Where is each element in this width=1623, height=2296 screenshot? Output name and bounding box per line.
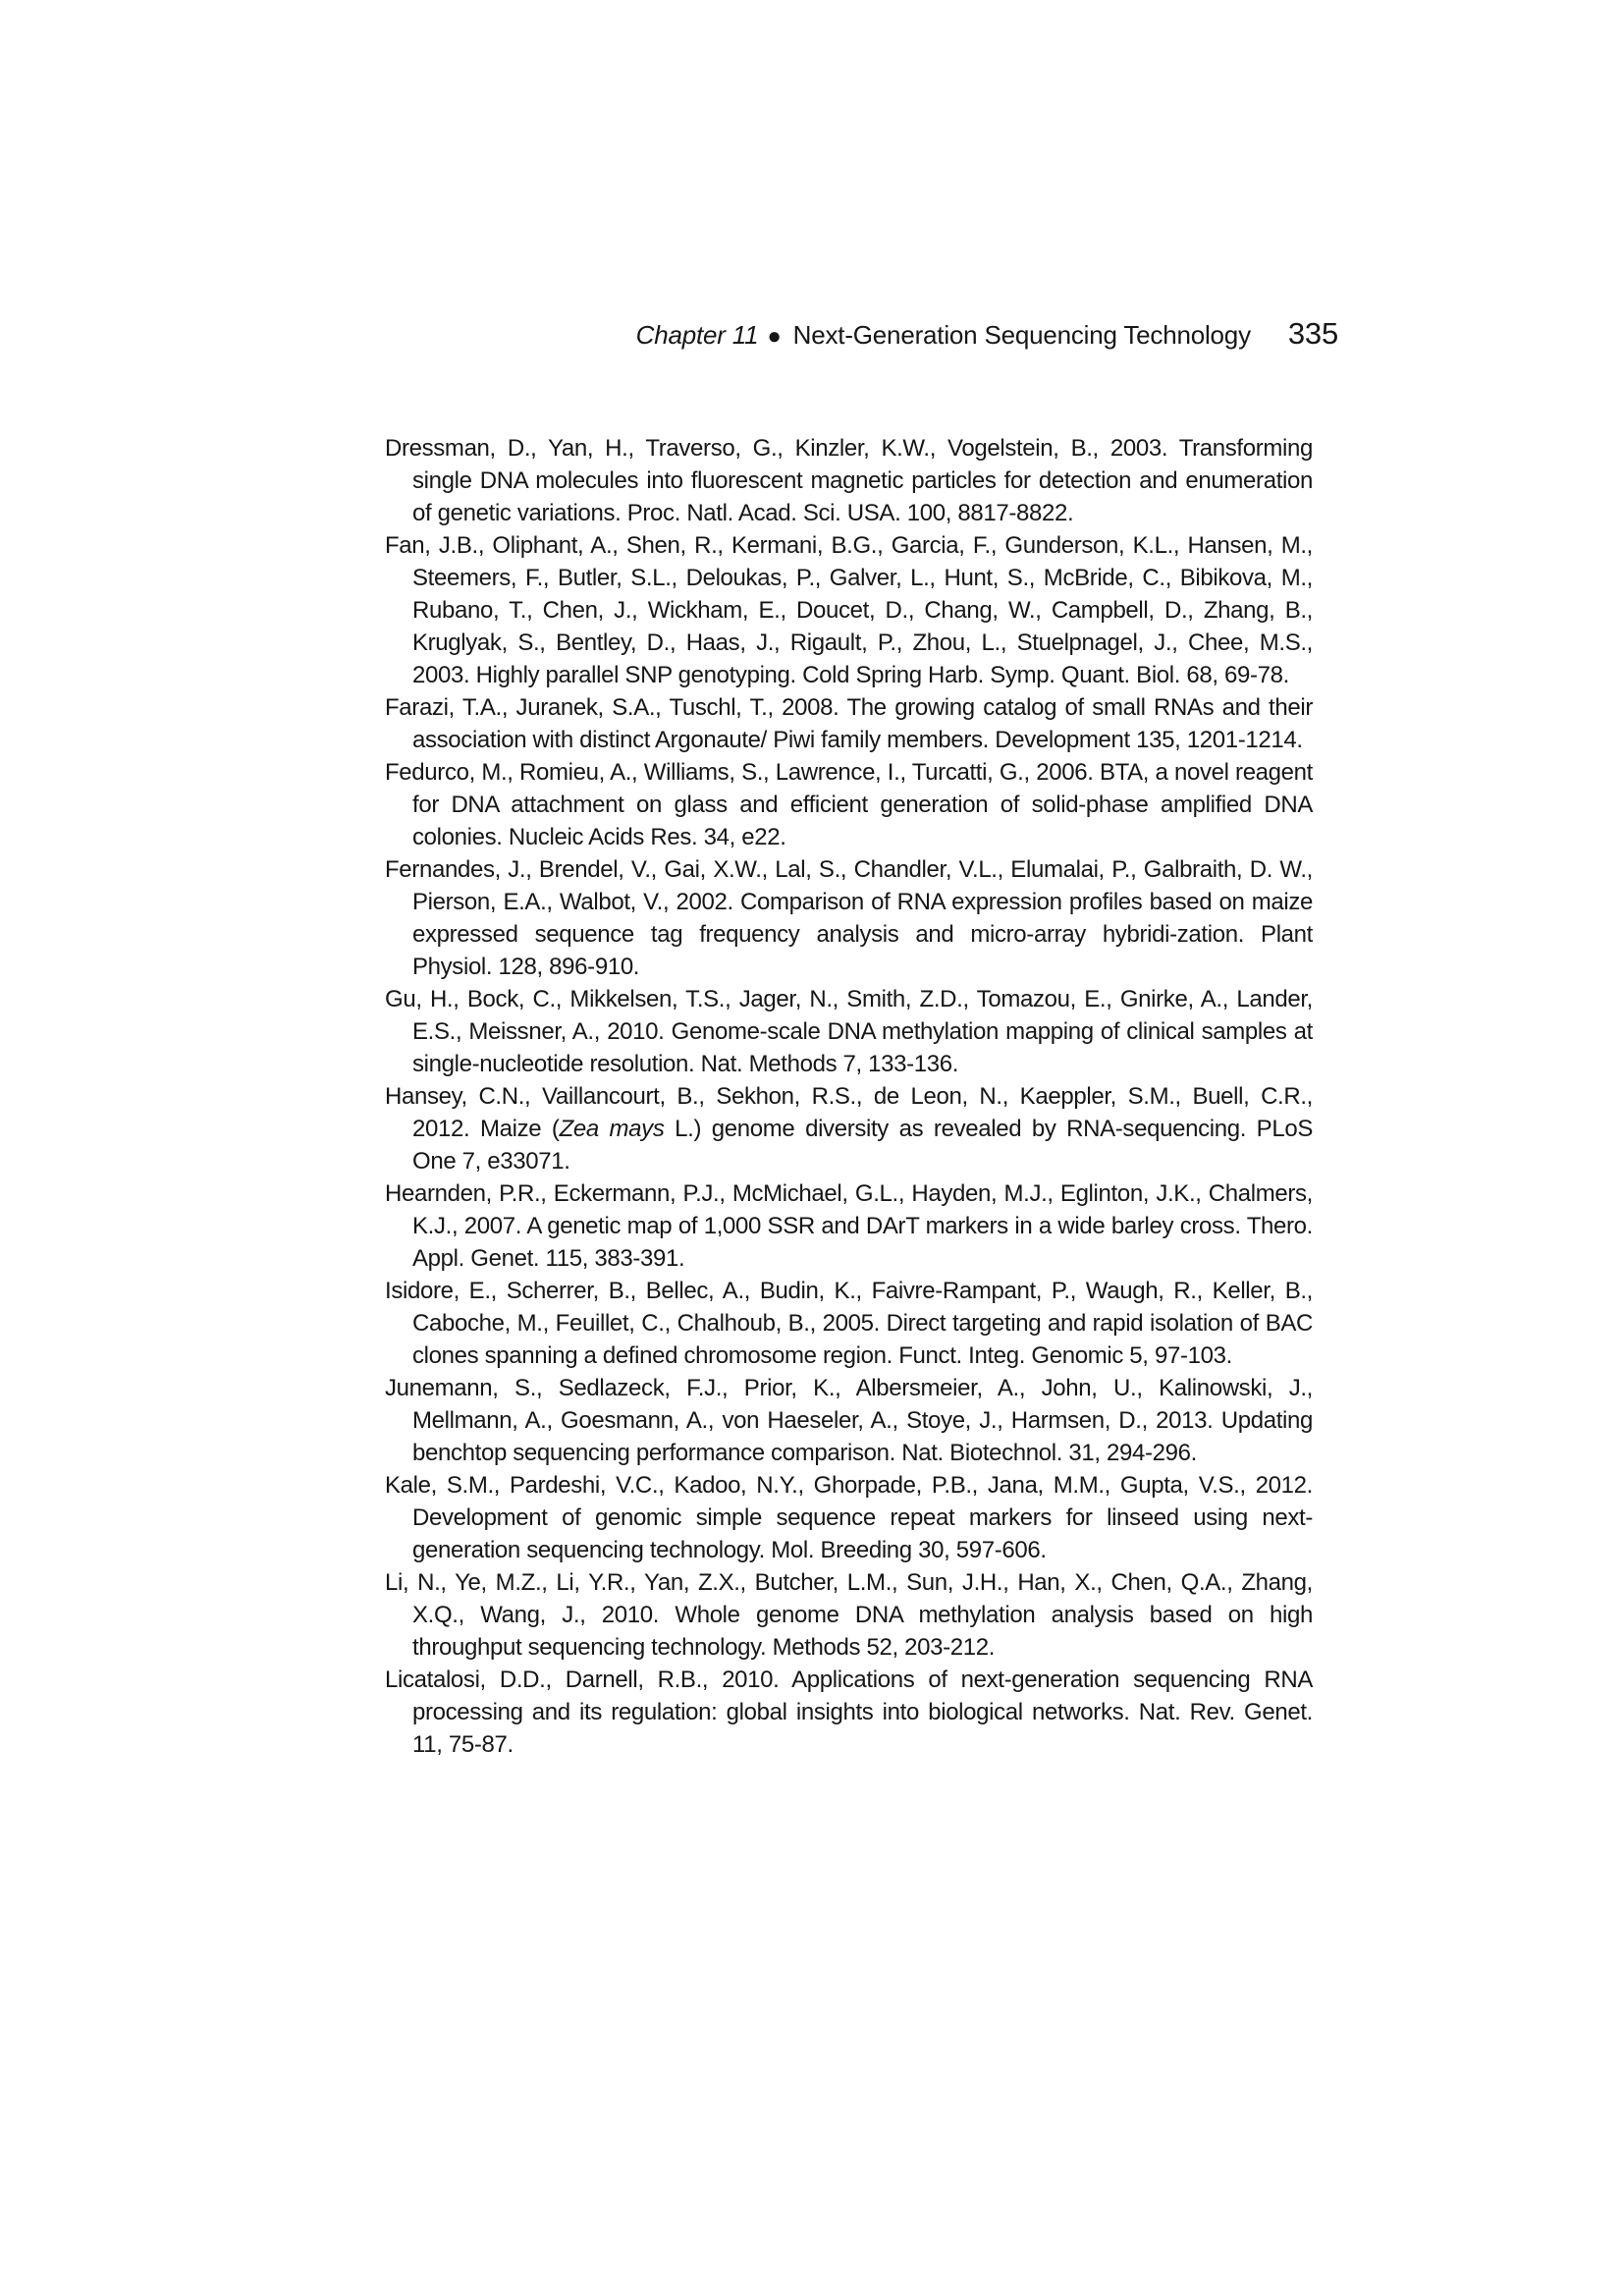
reference-entry: Isidore, E., Scherrer, B., Bellec, A., B… — [385, 1275, 1313, 1372]
reference-entry: Dressman, D., Yan, H., Traverso, G., Kin… — [385, 432, 1313, 529]
reference-text: Fan, J.B., Oliphant, A., Shen, R., Kerma… — [385, 532, 1313, 688]
reference-entry: Fan, J.B., Oliphant, A., Shen, R., Kerma… — [385, 529, 1313, 691]
book-page: Chapter 11 ● Next-Generation Sequencing … — [0, 0, 1623, 2296]
reference-text: Kale, S.M., Pardeshi, V.C., Kadoo, N.Y.,… — [385, 1472, 1313, 1563]
reference-entry: Fedurco, M., Romieu, A., Williams, S., L… — [385, 756, 1313, 853]
reference-text: Hearnden, P.R., Eckermann, P.J., McMicha… — [385, 1180, 1313, 1272]
reference-text: Dressman, D., Yan, H., Traverso, G., Kin… — [385, 435, 1313, 526]
chapter-title: Next-Generation Sequencing Technology — [793, 320, 1251, 351]
reference-entry: Farazi, T.A., Juranek, S.A., Tuschl, T.,… — [385, 691, 1313, 756]
reference-text: Fernandes, J., Brendel, V., Gai, X.W., L… — [385, 856, 1313, 980]
reference-italic-text: Zea mays — [560, 1116, 665, 1142]
chapter-label: Chapter 11 — [636, 320, 759, 351]
reference-text: Gu, H., Bock, C., Mikkelsen, T.S., Jager… — [385, 986, 1313, 1077]
reference-text: Li, N., Ye, M.Z., Li, Y.R., Yan, Z.X., B… — [385, 1569, 1313, 1661]
reference-text: Fedurco, M., Romieu, A., Williams, S., L… — [385, 759, 1313, 850]
reference-entry: Licatalosi, D.D., Darnell, R.B., 2010. A… — [385, 1664, 1313, 1761]
references-list: Dressman, D., Yan, H., Traverso, G., Kin… — [385, 432, 1313, 1761]
bullet-separator-icon: ● — [767, 325, 781, 349]
reference-entry: Fernandes, J., Brendel, V., Gai, X.W., L… — [385, 853, 1313, 983]
page-number: 335 — [1288, 316, 1338, 352]
running-header: Chapter 11 ● Next-Generation Sequencing … — [636, 316, 1338, 352]
reference-text: Isidore, E., Scherrer, B., Bellec, A., B… — [385, 1278, 1313, 1369]
reference-entry: Kale, S.M., Pardeshi, V.C., Kadoo, N.Y.,… — [385, 1469, 1313, 1566]
reference-text: Licatalosi, D.D., Darnell, R.B., 2010. A… — [385, 1667, 1313, 1758]
reference-entry: Gu, H., Bock, C., Mikkelsen, T.S., Jager… — [385, 983, 1313, 1080]
reference-text: Farazi, T.A., Juranek, S.A., Tuschl, T.,… — [385, 694, 1313, 753]
reference-entry: Hansey, C.N., Vaillancourt, B., Sekhon, … — [385, 1080, 1313, 1177]
reference-entry: Junemann, S., Sedlazeck, F.J., Prior, K.… — [385, 1372, 1313, 1469]
reference-entry: Hearnden, P.R., Eckermann, P.J., McMicha… — [385, 1177, 1313, 1275]
reference-entry: Li, N., Ye, M.Z., Li, Y.R., Yan, Z.X., B… — [385, 1566, 1313, 1664]
reference-text: Junemann, S., Sedlazeck, F.J., Prior, K.… — [385, 1375, 1313, 1466]
